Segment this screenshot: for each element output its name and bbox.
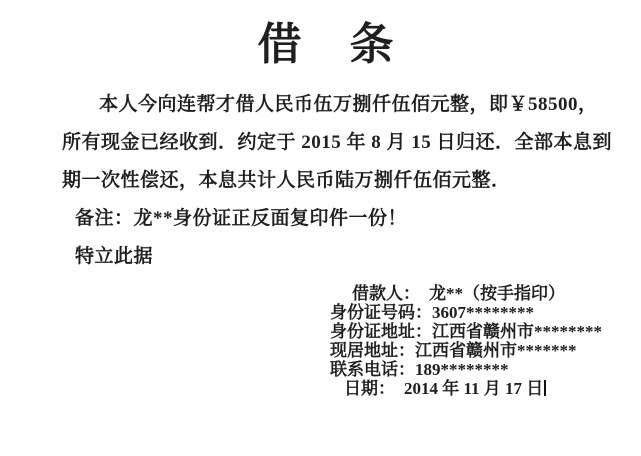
current-address-value: 江西省赣州市******* xyxy=(415,341,577,360)
id-address-line: 身份证地址：江西省赣州市******** xyxy=(330,322,591,341)
phone-line: 联系电话：189******** xyxy=(330,360,591,379)
id-number-label: 身份证号码： xyxy=(330,303,432,322)
paragraph-line-2: 所有现金已经收到．约定于 2015 年 8 月 15 日归还．全部本息到 xyxy=(62,124,591,162)
id-number-value: 3607******** xyxy=(432,303,534,322)
borrower-value: 龙**（按手指印） xyxy=(429,284,565,303)
phone-label: 联系电话： xyxy=(330,360,415,379)
document-body: 本人今向连帮才借人民币伍万捌仟伍佰元整，即￥58500， 所有现金已经收到．约定… xyxy=(62,86,591,276)
borrower-label: 借款人： xyxy=(352,284,420,303)
note-line: 备注：龙**身份证正反面复印件一份！ xyxy=(62,200,591,238)
phone-value: 189******** xyxy=(415,360,509,379)
closing-line: 特立此据 xyxy=(62,238,591,276)
signature-block: 借款人：龙**（按手指印） 身份证号码：3607******** 身份证地址：江… xyxy=(330,284,591,398)
paragraph-line-1: 本人今向连帮才借人民币伍万捌仟伍佰元整，即￥58500， xyxy=(62,86,591,124)
paragraph-line-3: 期一次性偿还，本息共计人民币陆万捌仟伍佰元整． xyxy=(62,162,591,200)
current-address-line: 现居地址：江西省赣州市******* xyxy=(330,341,591,360)
id-number-line: 身份证号码：3607******** xyxy=(330,303,591,322)
current-address-label: 现居地址： xyxy=(330,341,415,360)
document-page[interactable]: 借 条 本人今向连帮才借人民币伍万捌仟伍佰元整，即￥58500， 所有现金已经收… xyxy=(0,0,641,456)
borrower-line: 借款人：龙**（按手指印） xyxy=(330,284,591,303)
text-cursor xyxy=(544,380,546,396)
date-line: 日期：2014 年 11 月 17 日 xyxy=(330,379,591,398)
id-address-label: 身份证地址： xyxy=(330,322,432,341)
document-title: 借 条 xyxy=(62,8,591,72)
date-label: 日期： xyxy=(344,379,395,398)
id-address-value: 江西省赣州市******** xyxy=(432,322,602,341)
date-value: 2014 年 11 月 17 日 xyxy=(404,379,543,398)
